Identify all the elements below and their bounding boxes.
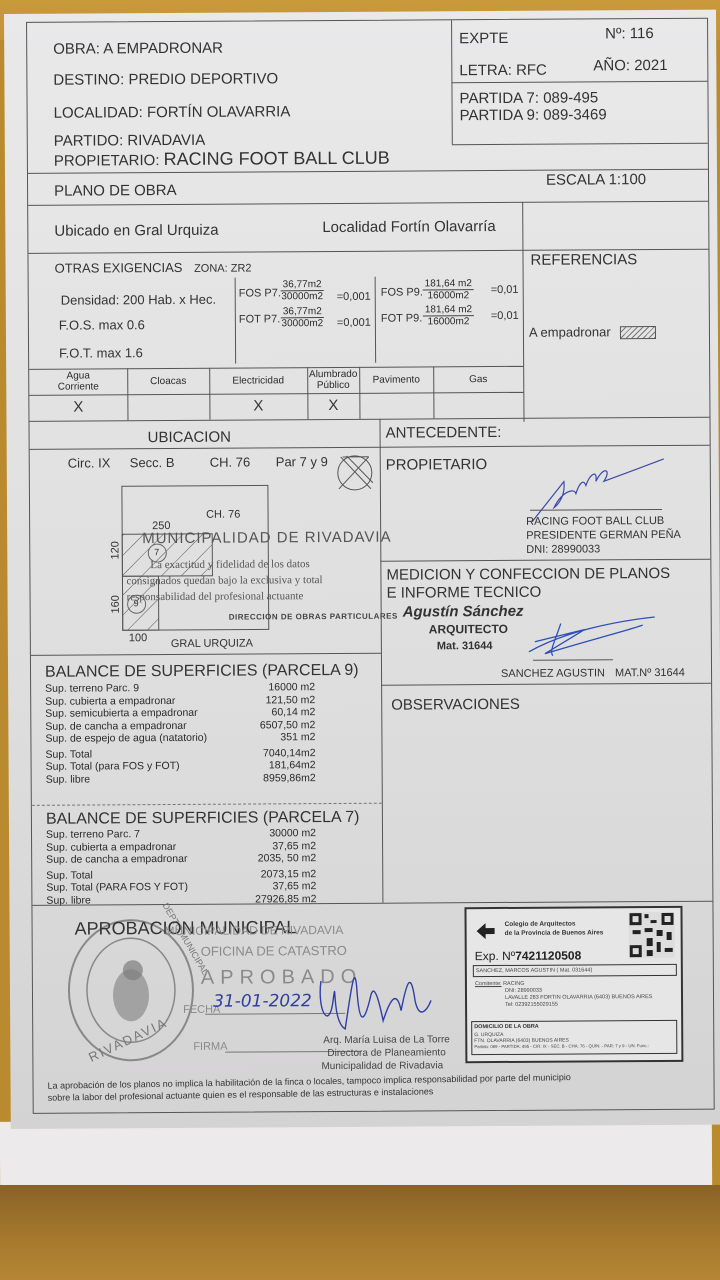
localidad-text: Localidad Fortín Olavarría xyxy=(322,218,496,236)
expte-number: Nº: 116 xyxy=(605,25,654,42)
colegio-name-1: Colegio de Arquitectos xyxy=(505,921,576,928)
balance7-title: BALANCE DE SUPERFICIES (PARCELA 7) xyxy=(46,809,360,829)
fot-p7-fraction: 36,77m230000m2 xyxy=(281,306,324,329)
balance-label: Sup. de espejo de agua (natatorio) xyxy=(45,732,207,745)
service-header: Agua Corriente xyxy=(29,370,127,393)
propietario-line: PROPIETARIO: RACING FOOT BALL CLUB xyxy=(54,148,390,171)
architect-footer-mat: MAT.Nº 31644 xyxy=(615,667,685,679)
services-table xyxy=(27,19,707,23)
partida9-field: PARTIDA 9: 089-3469 xyxy=(460,106,607,124)
comitente-phone: Tel: 02392155029155 xyxy=(505,1002,558,1008)
service-mark: X xyxy=(328,397,338,414)
architect-role: ARQUITECTO xyxy=(429,622,508,636)
dim-100: 100 xyxy=(129,632,147,644)
balance-label: Sup. Total (PARA FOS Y FOT) xyxy=(46,881,188,894)
exp-number: Exp. Nº7421120508 xyxy=(475,948,582,963)
colegio-logo-icon xyxy=(475,921,497,941)
propietario-value: RACING FOOT BALL CLUB xyxy=(164,148,390,169)
architect-mat: Mat. 31644 xyxy=(437,640,493,652)
desk-background-bottom xyxy=(0,1185,720,1280)
escala-field: ESCALA 1:100 xyxy=(546,171,646,189)
fot-max-field: F.O.T. max 1.6 xyxy=(59,345,143,361)
fot-p9-label: FOT P9. xyxy=(381,312,422,324)
approval-date: 31-01-2022 xyxy=(213,991,312,1012)
balance-label: Sup. semicubierta a empadronar xyxy=(45,707,197,720)
service-header: Electricidad xyxy=(209,375,307,387)
comitente-name: RACING xyxy=(503,981,524,987)
balance-label: Sup. de cancha a empadronar xyxy=(46,853,187,866)
stamp-line-2: consignados quedan bajo la exclusiva y t… xyxy=(126,574,322,587)
stamp-footer: DIRECCION DE OBRAS PARTICULARES xyxy=(229,612,398,622)
architect-signature xyxy=(525,611,665,662)
exp-value: 7421120508 xyxy=(515,948,581,962)
zona-field: ZONA: ZR2 xyxy=(194,262,252,274)
balance9-title: BALANCE DE SUPERFICIES (PARCELA 9) xyxy=(45,662,359,682)
dim-120: 120 xyxy=(109,541,121,559)
stamp-line-1: La exactitud y fidelidad de los datos xyxy=(150,558,310,571)
fot-p9-fraction: 181,64 m216000m2 xyxy=(423,304,474,327)
balance-label: Sup. terreno Parc. 7 xyxy=(46,828,140,841)
exp-label: Exp. Nº xyxy=(475,949,515,963)
service-mark: X xyxy=(73,399,83,416)
anio-field: AÑO: 2021 xyxy=(593,57,667,74)
stamp-line-3: responsabilidad del profesional actuante xyxy=(127,590,304,603)
service-header: Cloacas xyxy=(127,376,209,388)
domicilio-box: DOMICILIO DE LA OBRA G. URQUIZA FTN. OLA… xyxy=(471,1020,677,1055)
referencia-item: A empadronar xyxy=(529,324,656,340)
observaciones-title: OBSERVACIONES xyxy=(391,696,520,714)
parcel-7-label: 7 xyxy=(154,547,159,557)
signer-name: Arq. María Luisa de La Torre xyxy=(323,1034,450,1046)
balance9-table: Sup. terreno Parc. 916000 m2Sup. cubiert… xyxy=(45,681,316,786)
balance-label: Sup. cubierta a empadronar xyxy=(46,840,176,853)
densidad-field: Densidad: 200 Hab. x Hec. xyxy=(61,292,216,308)
fos-p7-label: FOS P7. xyxy=(239,287,281,299)
fos-p7-result: =0,001 xyxy=(337,291,371,303)
comitente-dni: DNI: 28990033 xyxy=(505,988,542,994)
plano-title: PLANO DE OBRA xyxy=(54,182,177,200)
letra-field: LETRA: RFC xyxy=(459,62,547,80)
fot-p9-result: =0,01 xyxy=(491,310,519,322)
ubicado-text: Ubicado en Gral Urquiza xyxy=(54,222,218,240)
architect-footer-name: SANCHEZ AGUSTIN xyxy=(501,667,605,680)
service-mark: X xyxy=(253,397,263,414)
balance-value: 181,64m2 xyxy=(269,759,316,772)
balance-row: Sup. de cancha a empadronar6507,50 m2 xyxy=(45,719,315,733)
document-sheet: OBRA: A EMPADRONAR DESTINO: PREDIO DEPOR… xyxy=(4,10,720,1129)
referencias-title: REFERENCIAS xyxy=(530,251,637,269)
architect-name: Agustín Sánchez xyxy=(403,603,524,621)
paper-edge-underneath xyxy=(0,1118,712,1192)
colegio-name-2: de la Provincia de Buenos Aires xyxy=(505,929,604,937)
fos-max-field: F.O.S. max 0.6 xyxy=(59,317,145,333)
par-field: Par 7 y 9 xyxy=(276,454,328,469)
balance-value: 37,65 m2 xyxy=(273,880,317,893)
service-header: Alumbrado Público xyxy=(307,369,359,391)
balance-value: 2035, 50 m2 xyxy=(258,852,316,865)
balance-value: 121,50 m2 xyxy=(266,694,316,707)
exigencias-title: OTRAS EXIGENCIAS ZONA: ZR2 xyxy=(55,259,252,275)
comitente-address: LAVALLE 283 FORTIN OLAVARRIA (6403) BUEN… xyxy=(505,994,652,1001)
balance-label: Sup. terreno Parc. 9 xyxy=(45,682,139,695)
partida7-field: PARTIDA 7: 089-495 xyxy=(459,89,598,107)
catastro-stamp-line-1: MUNICIPALIDAD DE RIVADAVIA xyxy=(165,923,344,938)
comitente-block: Comitente: RACING xyxy=(475,981,525,987)
plan-form: OBRA: A EMPADRONAR DESTINO: PREDIO DEPOR… xyxy=(26,18,715,1114)
fos-p9-label: FOS P9. xyxy=(381,286,423,298)
medicion-title-1: MEDICION Y CONFECCION DE PLANOS xyxy=(386,565,670,584)
balance-value: 6507,50 m2 xyxy=(260,719,316,732)
dim-160: 160 xyxy=(110,595,122,613)
circ-field: Circ. IX xyxy=(68,455,111,470)
fot-p7-label: FOT P7. xyxy=(239,313,280,325)
director-signature xyxy=(311,950,442,1041)
signer-role: Directora de Planeamiento xyxy=(327,1047,445,1059)
balance-value: 16000 m2 xyxy=(268,681,315,694)
domicilio-line-3: Partido: 089 - PARTIDA: 495 - CIR: IX - … xyxy=(474,1043,649,1049)
fos-p9-fraction: 181,64 m216000m2 xyxy=(423,278,474,301)
owner-dni: DNI: 28990033 xyxy=(526,543,600,555)
signer-institution: Municipalidad de Rivadavia xyxy=(321,1060,443,1072)
ch-field: CH. 76 xyxy=(210,455,251,470)
propietario-label: PROPIETARIO: xyxy=(54,152,160,170)
balance-value: 2073,15 m2 xyxy=(261,868,317,881)
owner-name: RACING FOOT BALL CLUB xyxy=(526,515,664,528)
service-header: Pavimento xyxy=(359,374,433,385)
balance7-table: Sup. terreno Parc. 730000 m2Sup. cubiert… xyxy=(46,827,316,907)
antecedente-title: ANTECEDENTE: xyxy=(386,424,502,442)
expte-label: EXPTE xyxy=(459,30,508,47)
map-ch-label: CH. 76 xyxy=(206,509,240,521)
balance-label: Sup. Total (para FOS y FOT) xyxy=(46,760,180,773)
domicilio-title: DOMICILIO DE LA OBRA xyxy=(474,1024,539,1030)
service-header: Gas xyxy=(433,374,523,386)
balance-row: Sup. de espejo de agua (natatorio)351 m2 xyxy=(45,731,315,745)
colegio-arquitectos-card: Colegio de Arquitectos de la Provincia d… xyxy=(464,906,683,1063)
balance-value: 8959,86m2 xyxy=(263,772,316,785)
balance-label: Sup. libre xyxy=(46,773,90,786)
medicion-title-2: E INFORME TECNICO xyxy=(386,584,541,602)
exigencias-label: OTRAS EXIGENCIAS xyxy=(55,260,183,276)
referencia-label: A empadronar xyxy=(529,324,611,339)
balance-row: Sup. libre8959,86m2 xyxy=(46,772,316,786)
fos-p7-fraction: 36,77m230000m2 xyxy=(281,279,324,302)
obra-line: OBRA: A EMPADRONAR xyxy=(53,40,223,58)
balance-label: Sup. de cancha a empadronar xyxy=(45,719,186,732)
balance-label: Sup. Total xyxy=(46,869,93,882)
professional-box: SANCHEZ, MARCOS AGUSTIN ( Mat. 031644) xyxy=(473,964,677,977)
partido-line: PARTIDO: RIVADAVIA xyxy=(54,132,206,150)
firma-label: FIRMA xyxy=(193,1041,227,1053)
destino-line: DESTINO: PREDIO DEPORTIVO xyxy=(53,70,278,88)
balance-value: 7040,14m2 xyxy=(263,747,316,760)
owner-president: PRESIDENTE GERMAN PEÑA xyxy=(526,529,681,542)
street-label: GRAL URQUIZA xyxy=(171,637,253,650)
ubicacion-title: UBICACION xyxy=(148,429,231,447)
fot-p7-result: =0,001 xyxy=(337,317,371,329)
qr-code-icon xyxy=(628,912,674,958)
balance-value: 60,14 m2 xyxy=(271,706,315,719)
fos-p9-result: =0,01 xyxy=(491,284,519,296)
hatch-swatch-icon xyxy=(620,326,656,339)
balance-row: Sup. de cancha a empadronar2035, 50 m2 xyxy=(46,852,316,866)
balance-value: 351 m2 xyxy=(280,731,315,744)
balance-value: 37,65 m2 xyxy=(272,840,316,853)
comitente-label: Comitente: xyxy=(475,981,502,987)
propietario-title: PROPIETARIO xyxy=(386,456,488,474)
balance-value: 30000 m2 xyxy=(269,827,316,840)
balance-label: Sup. cubierta a empadronar xyxy=(45,694,175,707)
municipal-stamp-title: MUNICIPALIDAD DE RIVADAVIA xyxy=(142,529,391,548)
secc-field: Secc. B xyxy=(130,455,175,470)
balance-label: Sup. Total xyxy=(45,748,92,761)
localidad-line: LOCALIDAD: FORTÍN OLAVARRIA xyxy=(54,103,291,121)
